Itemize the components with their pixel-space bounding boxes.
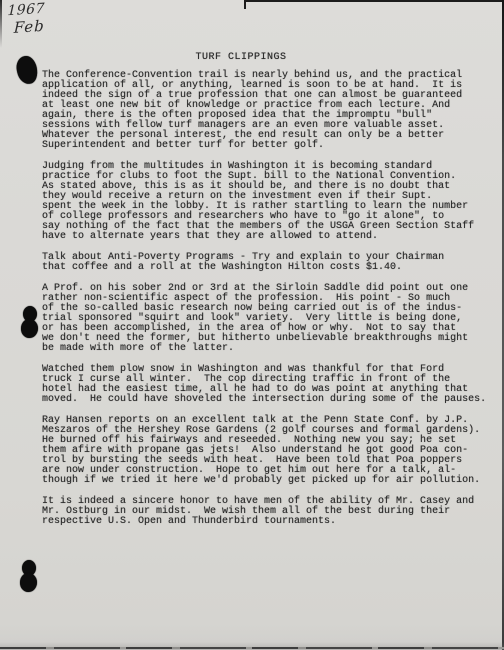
- hole-punch-middle: [21, 306, 39, 339]
- handwritten-date: 1967 Feb: [6, 1, 45, 38]
- hole-punch-bottom: [20, 560, 38, 592]
- scanned-document-page: 1967 Feb TURF CLIPPINGS The Conference-C…: [0, 0, 504, 650]
- scan-artifact-top-edge: [244, 0, 504, 2]
- scan-artifact-bottom-edge: [0, 647, 504, 649]
- paragraph-ray-hansen: Ray Hansen reports on an excellent talk …: [42, 416, 498, 486]
- document-title: TURF CLIPPINGS: [13, 52, 469, 63]
- paragraph-anti-poverty: Talk about Anti-Poverty Programs - Try a…: [42, 253, 498, 273]
- paragraph-washington-convention: Judging from the multitudes in Washingto…: [42, 162, 498, 242]
- paragraph-snow-plow: Watched them plow snow in Washington and…: [42, 365, 498, 405]
- scan-artifact-tick-mark: [244, 0, 246, 9]
- paragraph-sirloin-saddle: A Prof. on his sober 2nd or 3rd at the S…: [42, 284, 498, 354]
- typewritten-content: TURF CLIPPINGS The Conference-Convention…: [42, 52, 498, 538]
- paragraph-casey-ostburg: It is indeed a sincere honor to have men…: [42, 497, 498, 527]
- handwritten-month: Feb: [6, 18, 45, 38]
- paragraph-conference-convention: The Conference-Convention trail is nearl…: [42, 71, 498, 151]
- scan-artifact-left-edge: [0, 0, 2, 48]
